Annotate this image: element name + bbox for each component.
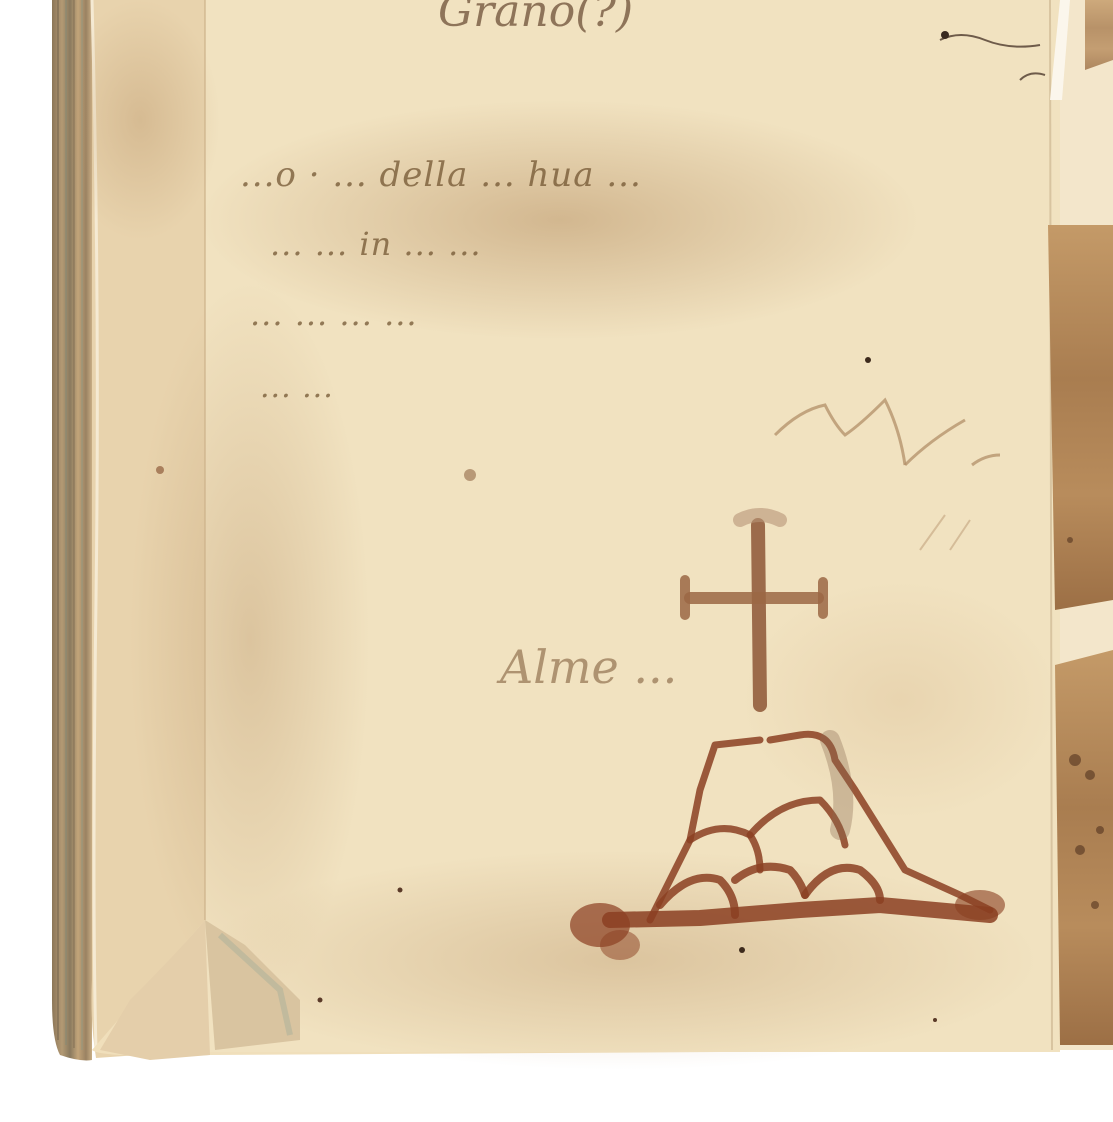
handwritten-line: ...o · ... della ... hua ...	[240, 155, 642, 195]
signature-text: Alme ...	[500, 640, 677, 694]
handwritten-line: ... ...	[260, 370, 334, 405]
handwritten-line: ... ... in ... ...	[270, 225, 482, 263]
handwritten-line: ... ... ... ...	[250, 295, 418, 333]
manuscript-photo: Grano(?) ...o · ... della ... hua ... ..…	[0, 0, 1113, 1122]
top-fragment-text: Grano(?)	[438, 0, 633, 37]
